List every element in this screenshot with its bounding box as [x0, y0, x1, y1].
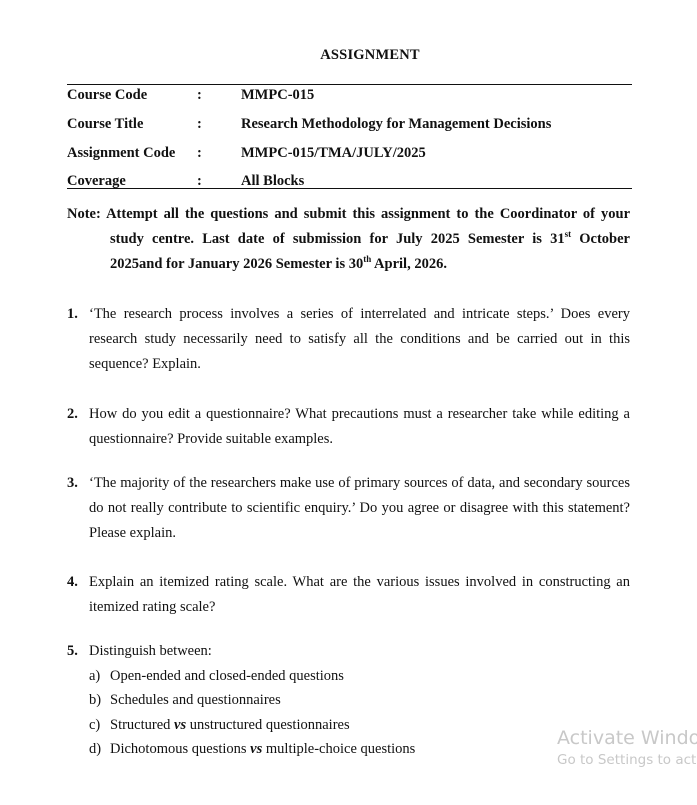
- meta-row-assignment-code: Assignment Code : MMPC-015/TMA/JULY/2025: [67, 145, 632, 165]
- question-line: do not really contribute to scientific e…: [89, 496, 630, 521]
- note-text: October: [571, 231, 630, 247]
- question-line: questionnaire? Provide suitable examples…: [89, 427, 630, 452]
- subitem-c: c)Structured vs unstructured questionnai…: [89, 715, 350, 735]
- question-line: How do you edit a questionnaire? What pr…: [89, 402, 630, 427]
- note-line-3: 2025and for January 2026 Semester is 30t…: [67, 252, 630, 277]
- question-4: 4. Explain an itemized rating scale. Wha…: [67, 570, 630, 620]
- subitem-text: unstructured questionnaires: [186, 717, 350, 733]
- question-number: 4.: [67, 570, 78, 595]
- meta-row-course-code: Course Code : MMPC-015: [67, 87, 632, 107]
- meta-separator: :: [197, 87, 202, 104]
- header-bottom-rule: [67, 188, 632, 189]
- question-number: 2.: [67, 402, 78, 427]
- question-1: 1. ‘The research process involves a seri…: [67, 302, 630, 377]
- question-text: How do you edit a questionnaire? What pr…: [89, 402, 630, 452]
- meta-value: Research Methodology for Management Deci…: [241, 116, 551, 133]
- meta-row-coverage: Coverage : All Blocks: [67, 173, 632, 193]
- document-title: ASSIGNMENT: [0, 47, 697, 64]
- subitem-text: Schedules and questionnaires: [110, 692, 281, 708]
- meta-value: MMPC-015: [241, 87, 314, 104]
- question-line: sequence? Explain.: [89, 352, 630, 377]
- question-line: research study necessarily need to satis…: [89, 327, 630, 352]
- note-text: Attempt all the questions and submit thi…: [106, 206, 630, 222]
- watermark-title: Activate Windows: [557, 726, 697, 750]
- question-text: Distinguish between:: [89, 639, 630, 664]
- question-line: Distinguish between:: [89, 639, 630, 664]
- meta-label: Course Title: [67, 116, 143, 133]
- question-number: 5.: [67, 639, 78, 664]
- meta-label: Course Code: [67, 87, 147, 104]
- meta-separator: :: [197, 116, 202, 133]
- note-text: April, 2026.: [371, 256, 447, 272]
- question-5: 5. Distinguish between:: [67, 639, 630, 664]
- note-text: study centre. Last date of submission fo…: [110, 231, 565, 247]
- question-number: 3.: [67, 471, 78, 496]
- subitem-text: Open-ended and closed-ended questions: [110, 668, 344, 684]
- subitem-text: Dichotomous questions: [110, 741, 250, 757]
- vs-emphasis: vs: [174, 717, 186, 733]
- watermark-subtitle: Go to Settings to activate Windows.: [557, 750, 697, 770]
- subitem-letter: c): [89, 715, 110, 735]
- question-3: 3. ‘The majority of the researchers make…: [67, 471, 630, 546]
- question-line: itemized rating scale?: [89, 595, 630, 620]
- meta-row-course-title: Course Title : Research Methodology for …: [67, 116, 632, 136]
- question-number: 1.: [67, 302, 78, 327]
- submission-note: Note: Attempt all the questions and subm…: [67, 202, 630, 277]
- subitem-d: d)Dichotomous questions vs multiple-choi…: [89, 739, 415, 759]
- subitem-text: multiple-choice questions: [262, 741, 415, 757]
- note-line-1: Note: Attempt all the questions and subm…: [67, 202, 630, 227]
- vs-emphasis: vs: [250, 741, 262, 757]
- activate-windows-watermark: Activate Windows Go to Settings to activ…: [557, 726, 697, 770]
- subitem-text: Structured: [110, 717, 174, 733]
- question-line: Please explain.: [89, 521, 630, 546]
- note-label: Note:: [67, 206, 101, 222]
- subitem-letter: a): [89, 666, 110, 686]
- meta-separator: :: [197, 145, 202, 162]
- question-line: ‘The research process involves a series …: [89, 302, 630, 327]
- note-text: 2025and for January 2026 Semester is 30: [110, 256, 363, 272]
- subitem-letter: b): [89, 690, 110, 710]
- question-2: 2. How do you edit a questionnaire? What…: [67, 402, 630, 452]
- subitem-b: b)Schedules and questionnaires: [89, 690, 281, 710]
- question-text: ‘The research process involves a series …: [89, 302, 630, 377]
- subitem-letter: d): [89, 739, 110, 759]
- note-line-2: study centre. Last date of submission fo…: [67, 227, 630, 252]
- question-text: ‘The majority of the researchers make us…: [89, 471, 630, 546]
- question-line: ‘The majority of the researchers make us…: [89, 471, 630, 496]
- question-text: Explain an itemized rating scale. What a…: [89, 570, 630, 620]
- meta-value: MMPC-015/TMA/JULY/2025: [241, 145, 426, 162]
- header-top-rule: [67, 84, 632, 85]
- assignment-page: ASSIGNMENT Course Code : MMPC-015 Course…: [0, 0, 697, 805]
- meta-label: Assignment Code: [67, 145, 175, 162]
- question-line: Explain an itemized rating scale. What a…: [89, 570, 630, 595]
- subitem-a: a)Open-ended and closed-ended questions: [89, 666, 344, 686]
